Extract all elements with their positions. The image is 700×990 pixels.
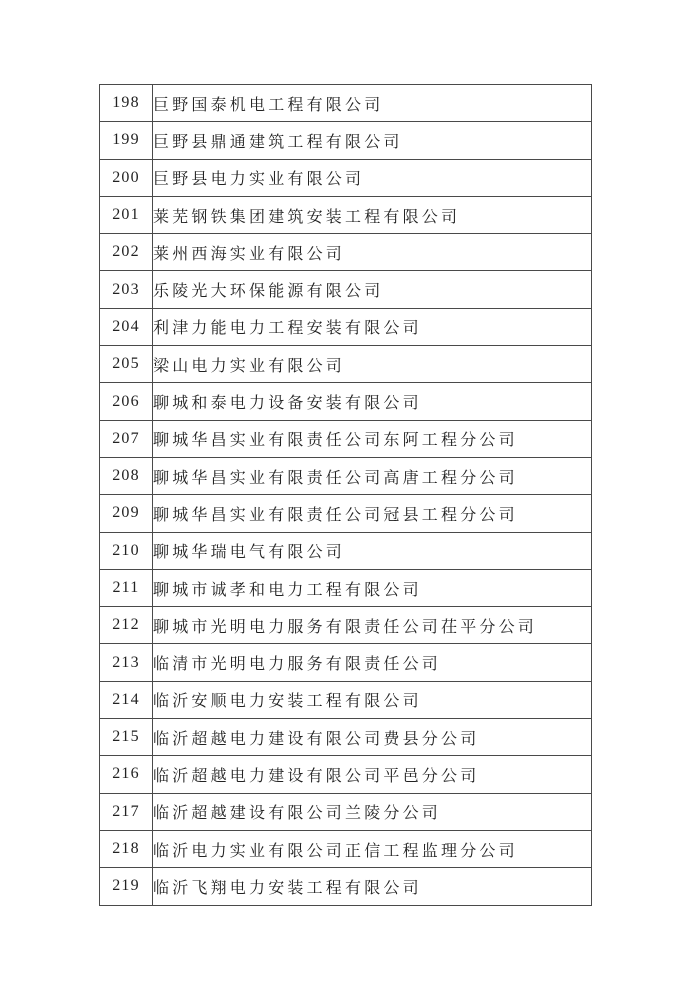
company-name: 巨野国泰机电工程有限公司 [153, 85, 592, 122]
row-number: 211 [100, 569, 153, 606]
table-row: 203乐陵光大环保能源有限公司 [100, 271, 592, 308]
company-name: 莱州西海实业有限公司 [153, 234, 592, 271]
table-row: 207聊城华昌实业有限责任公司东阿工程分公司 [100, 420, 592, 457]
table-row: 209聊城华昌实业有限责任公司冠县工程分公司 [100, 495, 592, 532]
table-row: 201莱芜钢铁集团建筑安装工程有限公司 [100, 196, 592, 233]
table-row: 202莱州西海实业有限公司 [100, 234, 592, 271]
company-name: 临清市光明电力服务有限责任公司 [153, 644, 592, 681]
row-number: 215 [100, 719, 153, 756]
company-name: 临沂超越电力建设有限公司平邑分公司 [153, 756, 592, 793]
row-number: 212 [100, 607, 153, 644]
company-name: 聊城和泰电力设备安装有限公司 [153, 383, 592, 420]
company-name: 乐陵光大环保能源有限公司 [153, 271, 592, 308]
row-number: 207 [100, 420, 153, 457]
table-row: 215临沂超越电力建设有限公司费县分公司 [100, 719, 592, 756]
row-number: 210 [100, 532, 153, 569]
company-name: 临沂电力实业有限公司正信工程监理分公司 [153, 830, 592, 867]
company-name: 巨野县电力实业有限公司 [153, 159, 592, 196]
table-row: 198巨野国泰机电工程有限公司 [100, 85, 592, 122]
company-name: 利津力能电力工程安装有限公司 [153, 308, 592, 345]
row-number: 200 [100, 159, 153, 196]
table-row: 210聊城华瑞电气有限公司 [100, 532, 592, 569]
company-name: 巨野县鼎通建筑工程有限公司 [153, 122, 592, 159]
table-row: 219临沂飞翔电力安装工程有限公司 [100, 868, 592, 905]
company-name: 临沂安顺电力安装工程有限公司 [153, 681, 592, 718]
row-number: 202 [100, 234, 153, 271]
company-name: 莱芜钢铁集团建筑安装工程有限公司 [153, 196, 592, 233]
table-row: 208聊城华昌实业有限责任公司高唐工程分公司 [100, 457, 592, 494]
row-number: 201 [100, 196, 153, 233]
row-number: 216 [100, 756, 153, 793]
company-name: 聊城华昌实业有限责任公司高唐工程分公司 [153, 457, 592, 494]
table-row: 204利津力能电力工程安装有限公司 [100, 308, 592, 345]
company-name: 临沂超越建设有限公司兰陵分公司 [153, 793, 592, 830]
row-number: 209 [100, 495, 153, 532]
row-number: 204 [100, 308, 153, 345]
table-row: 212聊城市光明电力服务有限责任公司茌平分公司 [100, 607, 592, 644]
table-row: 205梁山电力实业有限公司 [100, 346, 592, 383]
company-name: 聊城市诚孝和电力工程有限公司 [153, 569, 592, 606]
row-number: 214 [100, 681, 153, 718]
company-name: 聊城华瑞电气有限公司 [153, 532, 592, 569]
table-row: 218临沂电力实业有限公司正信工程监理分公司 [100, 830, 592, 867]
table-row: 199巨野县鼎通建筑工程有限公司 [100, 122, 592, 159]
company-list-table: 198巨野国泰机电工程有限公司 199巨野县鼎通建筑工程有限公司 200巨野县电… [99, 84, 592, 906]
row-number: 206 [100, 383, 153, 420]
row-number: 213 [100, 644, 153, 681]
row-number: 219 [100, 868, 153, 905]
row-number: 217 [100, 793, 153, 830]
table-row: 213临清市光明电力服务有限责任公司 [100, 644, 592, 681]
table-row: 211聊城市诚孝和电力工程有限公司 [100, 569, 592, 606]
document-page: 198巨野国泰机电工程有限公司 199巨野县鼎通建筑工程有限公司 200巨野县电… [0, 0, 700, 990]
row-number: 198 [100, 85, 153, 122]
company-name: 聊城市光明电力服务有限责任公司茌平分公司 [153, 607, 592, 644]
row-number: 199 [100, 122, 153, 159]
company-name: 临沂飞翔电力安装工程有限公司 [153, 868, 592, 905]
row-number: 205 [100, 346, 153, 383]
table-row: 206聊城和泰电力设备安装有限公司 [100, 383, 592, 420]
table-row: 214临沂安顺电力安装工程有限公司 [100, 681, 592, 718]
row-number: 208 [100, 457, 153, 494]
company-name: 梁山电力实业有限公司 [153, 346, 592, 383]
company-name: 聊城华昌实业有限责任公司冠县工程分公司 [153, 495, 592, 532]
row-number: 203 [100, 271, 153, 308]
table-row: 217临沂超越建设有限公司兰陵分公司 [100, 793, 592, 830]
company-name: 临沂超越电力建设有限公司费县分公司 [153, 719, 592, 756]
table-row: 200巨野县电力实业有限公司 [100, 159, 592, 196]
table-row: 216临沂超越电力建设有限公司平邑分公司 [100, 756, 592, 793]
company-list-body: 198巨野国泰机电工程有限公司 199巨野县鼎通建筑工程有限公司 200巨野县电… [100, 85, 592, 906]
company-name: 聊城华昌实业有限责任公司东阿工程分公司 [153, 420, 592, 457]
row-number: 218 [100, 830, 153, 867]
